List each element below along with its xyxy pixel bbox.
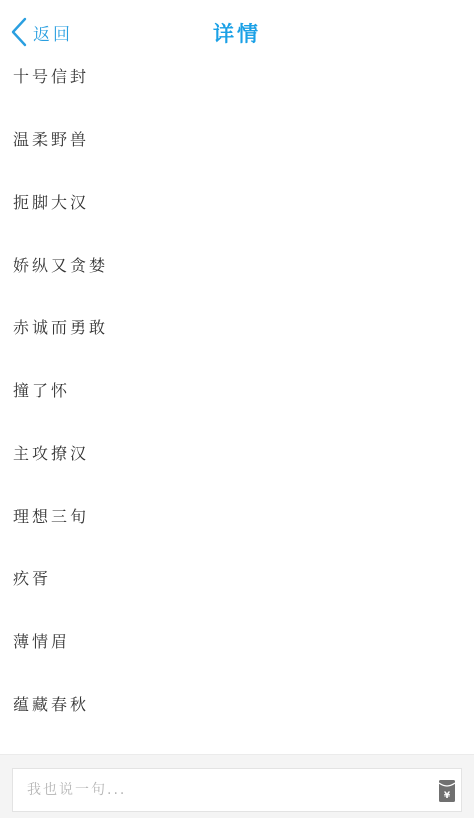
list-item[interactable]: 薄情眉 bbox=[13, 627, 70, 657]
list-item[interactable]: 主攻撩汉 bbox=[13, 439, 89, 469]
detail-page: 返回 详情 十号信封 温柔野兽 扼脚大汉 娇纵又贪婪 赤诚而勇敢 撞了怀 主攻撩… bbox=[0, 0, 474, 818]
svg-text:¥: ¥ bbox=[444, 791, 451, 801]
list-item[interactable]: 理想三旬 bbox=[13, 502, 89, 532]
list-item[interactable]: 十号信封 bbox=[13, 62, 89, 92]
list-item[interactable]: 疚胥 bbox=[13, 564, 51, 594]
list-item[interactable]: 撞了怀 bbox=[13, 376, 70, 406]
red-packet-button[interactable]: ¥ bbox=[439, 780, 455, 802]
page-title: 详情 bbox=[0, 18, 474, 48]
list-item[interactable]: 扼脚大汉 bbox=[13, 188, 89, 218]
list-item[interactable]: 赤诚而勇敢 bbox=[13, 313, 108, 343]
comment-input[interactable] bbox=[13, 769, 423, 811]
list-item[interactable]: 娇纵又贪婪 bbox=[13, 251, 108, 281]
red-packet-icon: ¥ bbox=[439, 780, 455, 802]
comment-input-box: ¥ bbox=[12, 768, 462, 812]
list-item[interactable]: 蕴藏春秋 bbox=[13, 690, 89, 720]
comment-bar: ¥ bbox=[0, 754, 474, 818]
list-item[interactable]: 温柔野兽 bbox=[13, 125, 89, 155]
nav-header: 返回 详情 bbox=[0, 0, 474, 62]
